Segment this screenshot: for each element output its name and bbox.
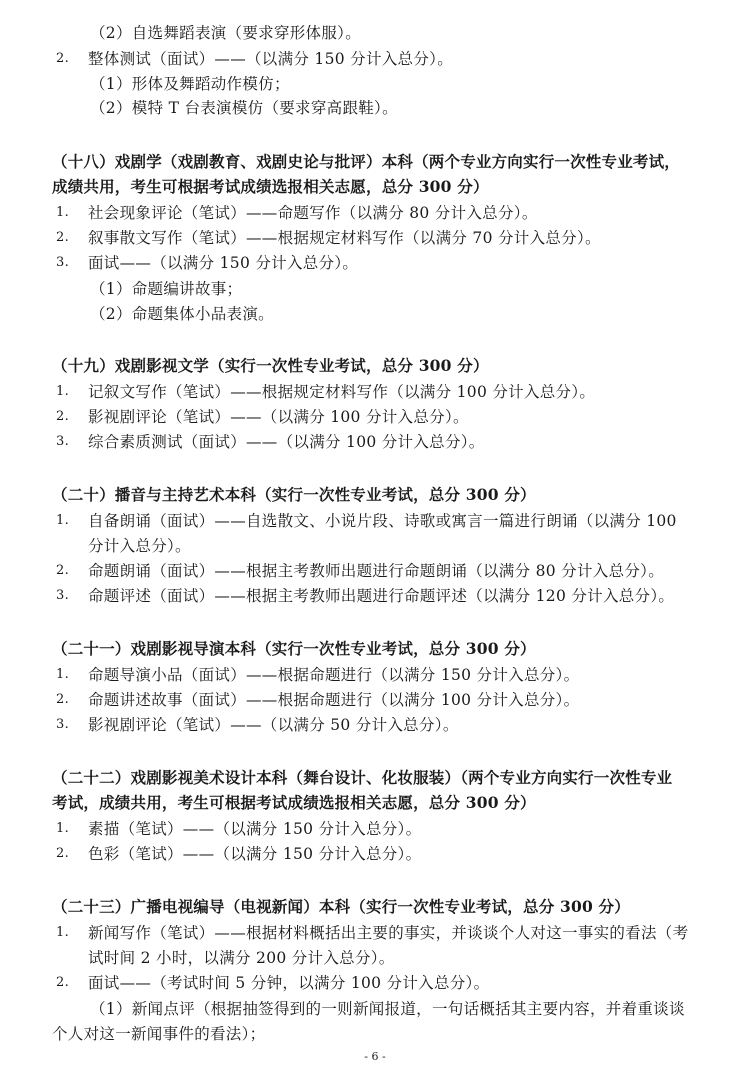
section-heading: （二十二）戏剧影视美术设计本科（舞台设计、化妆服装）（两个专业方向实行一次性专业 [52, 767, 672, 789]
item-number: 1. [56, 664, 69, 686]
sub-item: （2）自选舞蹈表演（要求穿形体服）。 [90, 22, 361, 44]
item-number: 2. [56, 227, 69, 249]
item-number: 1. [56, 922, 69, 944]
sub-item: （2）命题集体小品表演。 [90, 303, 274, 325]
item-text: 面试——（以满分 150 分计入总分）。 [88, 252, 358, 274]
item-text: 整体测试（面试）——（以满分 150 分计入总分）。 [88, 48, 453, 70]
item-text: 影视剧评论（笔试）——（以满分 50 分计入总分）。 [88, 714, 459, 736]
item-text: 综合素质测试（面试）——（以满分 100 分计入总分）。 [88, 431, 485, 453]
item-text-cont: 分计入总分）。 [88, 535, 191, 557]
item-number: 2. [56, 560, 69, 582]
item-text: 自备朗诵（面试）——自选散文、小说片段、诗歌或寓言一篇进行朗诵（以满分 100 [88, 510, 677, 532]
sub-item: （1）命题编讲故事； [90, 278, 242, 300]
item-text-cont: 试时间 2 小时，以满分 200 分计入总分）。 [88, 947, 395, 969]
section-heading-cont: 考试，成绩共用，考生可根据考试成绩选报相关志愿，总分 300 分） [52, 792, 536, 814]
item-text: 记叙文写作（笔试）——根据规定材料写作（以满分 100 分计入总分）。 [88, 381, 595, 403]
item-number: 1. [56, 202, 69, 224]
section-heading: （二十）播音与主持艺术本科（实行一次性专业考试，总分 300 分） [52, 484, 536, 506]
section-heading-cont: 成绩共用，考生可根据考试成绩选报相关志愿，总分 300 分） [52, 176, 489, 198]
item-number: 2. [56, 689, 69, 711]
item-text: 命题评述（面试）——根据主考教师出题进行命题评述（以满分 120 分计入总分）。 [88, 585, 674, 607]
sub-item-cont: 个人对这一新闻事件的看法）； [52, 1023, 265, 1045]
item-number: 3. [56, 431, 69, 453]
item-number: 3. [56, 252, 69, 274]
item-number: 3. [56, 585, 69, 607]
section-heading: （十九）戏剧影视文学（实行一次性专业考试，总分 300 分） [52, 355, 489, 377]
item-text: 影视剧评论（笔试）——（以满分 100 分计入总分）。 [88, 406, 469, 428]
item-text: 新闻写作（笔试）——根据材料概括出主要的事实，并谈谈个人对这一事实的看法（考 [88, 922, 688, 944]
item-number: 2. [56, 843, 69, 865]
item-text: 素描（笔试）——（以满分 150 分计入总分）。 [88, 818, 421, 840]
item-number: 2. [56, 406, 69, 428]
item-text: 叙事散文写作（笔试）——根据规定材料写作（以满分 70 分计入总分）。 [88, 227, 601, 249]
item-number: 1. [56, 818, 69, 840]
item-text: 命题朗诵（面试）——根据主考教师出题进行命题朗诵（以满分 80 分计入总分）。 [88, 560, 664, 582]
item-text: 色彩（笔试）——（以满分 150 分计入总分）。 [88, 843, 421, 865]
item-number: 2. [56, 48, 69, 70]
sub-item: （1）形体及舞蹈动作模仿； [90, 73, 290, 95]
item-number: 1. [56, 381, 69, 403]
item-text: 面试——（考试时间 5 分钟，以满分 100 分计入总分）。 [88, 972, 489, 994]
page-number: - 6 - [0, 1050, 750, 1063]
section-heading: （二十三）广播电视编导（电视新闻）本科（实行一次性专业考试，总分 300 分） [52, 896, 630, 918]
sub-item: （1）新闻点评（根据抽签得到的一则新闻报道，一句话概括其主要内容，并着重谈谈 [90, 998, 685, 1020]
item-text: 社会现象评论（笔试）——命题写作（以满分 80 分计入总分）。 [88, 202, 538, 224]
item-number: 3. [56, 714, 69, 736]
item-number: 1. [56, 510, 69, 532]
item-number: 2. [56, 972, 69, 994]
section-heading: （二十一）戏剧影视导演本科（实行一次性专业考试，总分 300 分） [52, 638, 536, 660]
document-page: （2）自选舞蹈表演（要求穿形体服）。 2. 整体测试（面试）——（以满分 150… [0, 0, 750, 1075]
item-text: 命题讲述故事（面试）——根据命题进行（以满分 100 分计入总分）。 [88, 689, 579, 711]
item-text: 命题导演小品（面试）——根据命题进行（以满分 150 分计入总分）。 [88, 664, 579, 686]
section-heading: （十八）戏剧学（戏剧教育、戏剧史论与批评）本科（两个专业方向实行一次性专业考试， [52, 151, 680, 173]
sub-item: （2）模特 T 台表演模仿（要求穿高跟鞋）。 [90, 97, 398, 119]
